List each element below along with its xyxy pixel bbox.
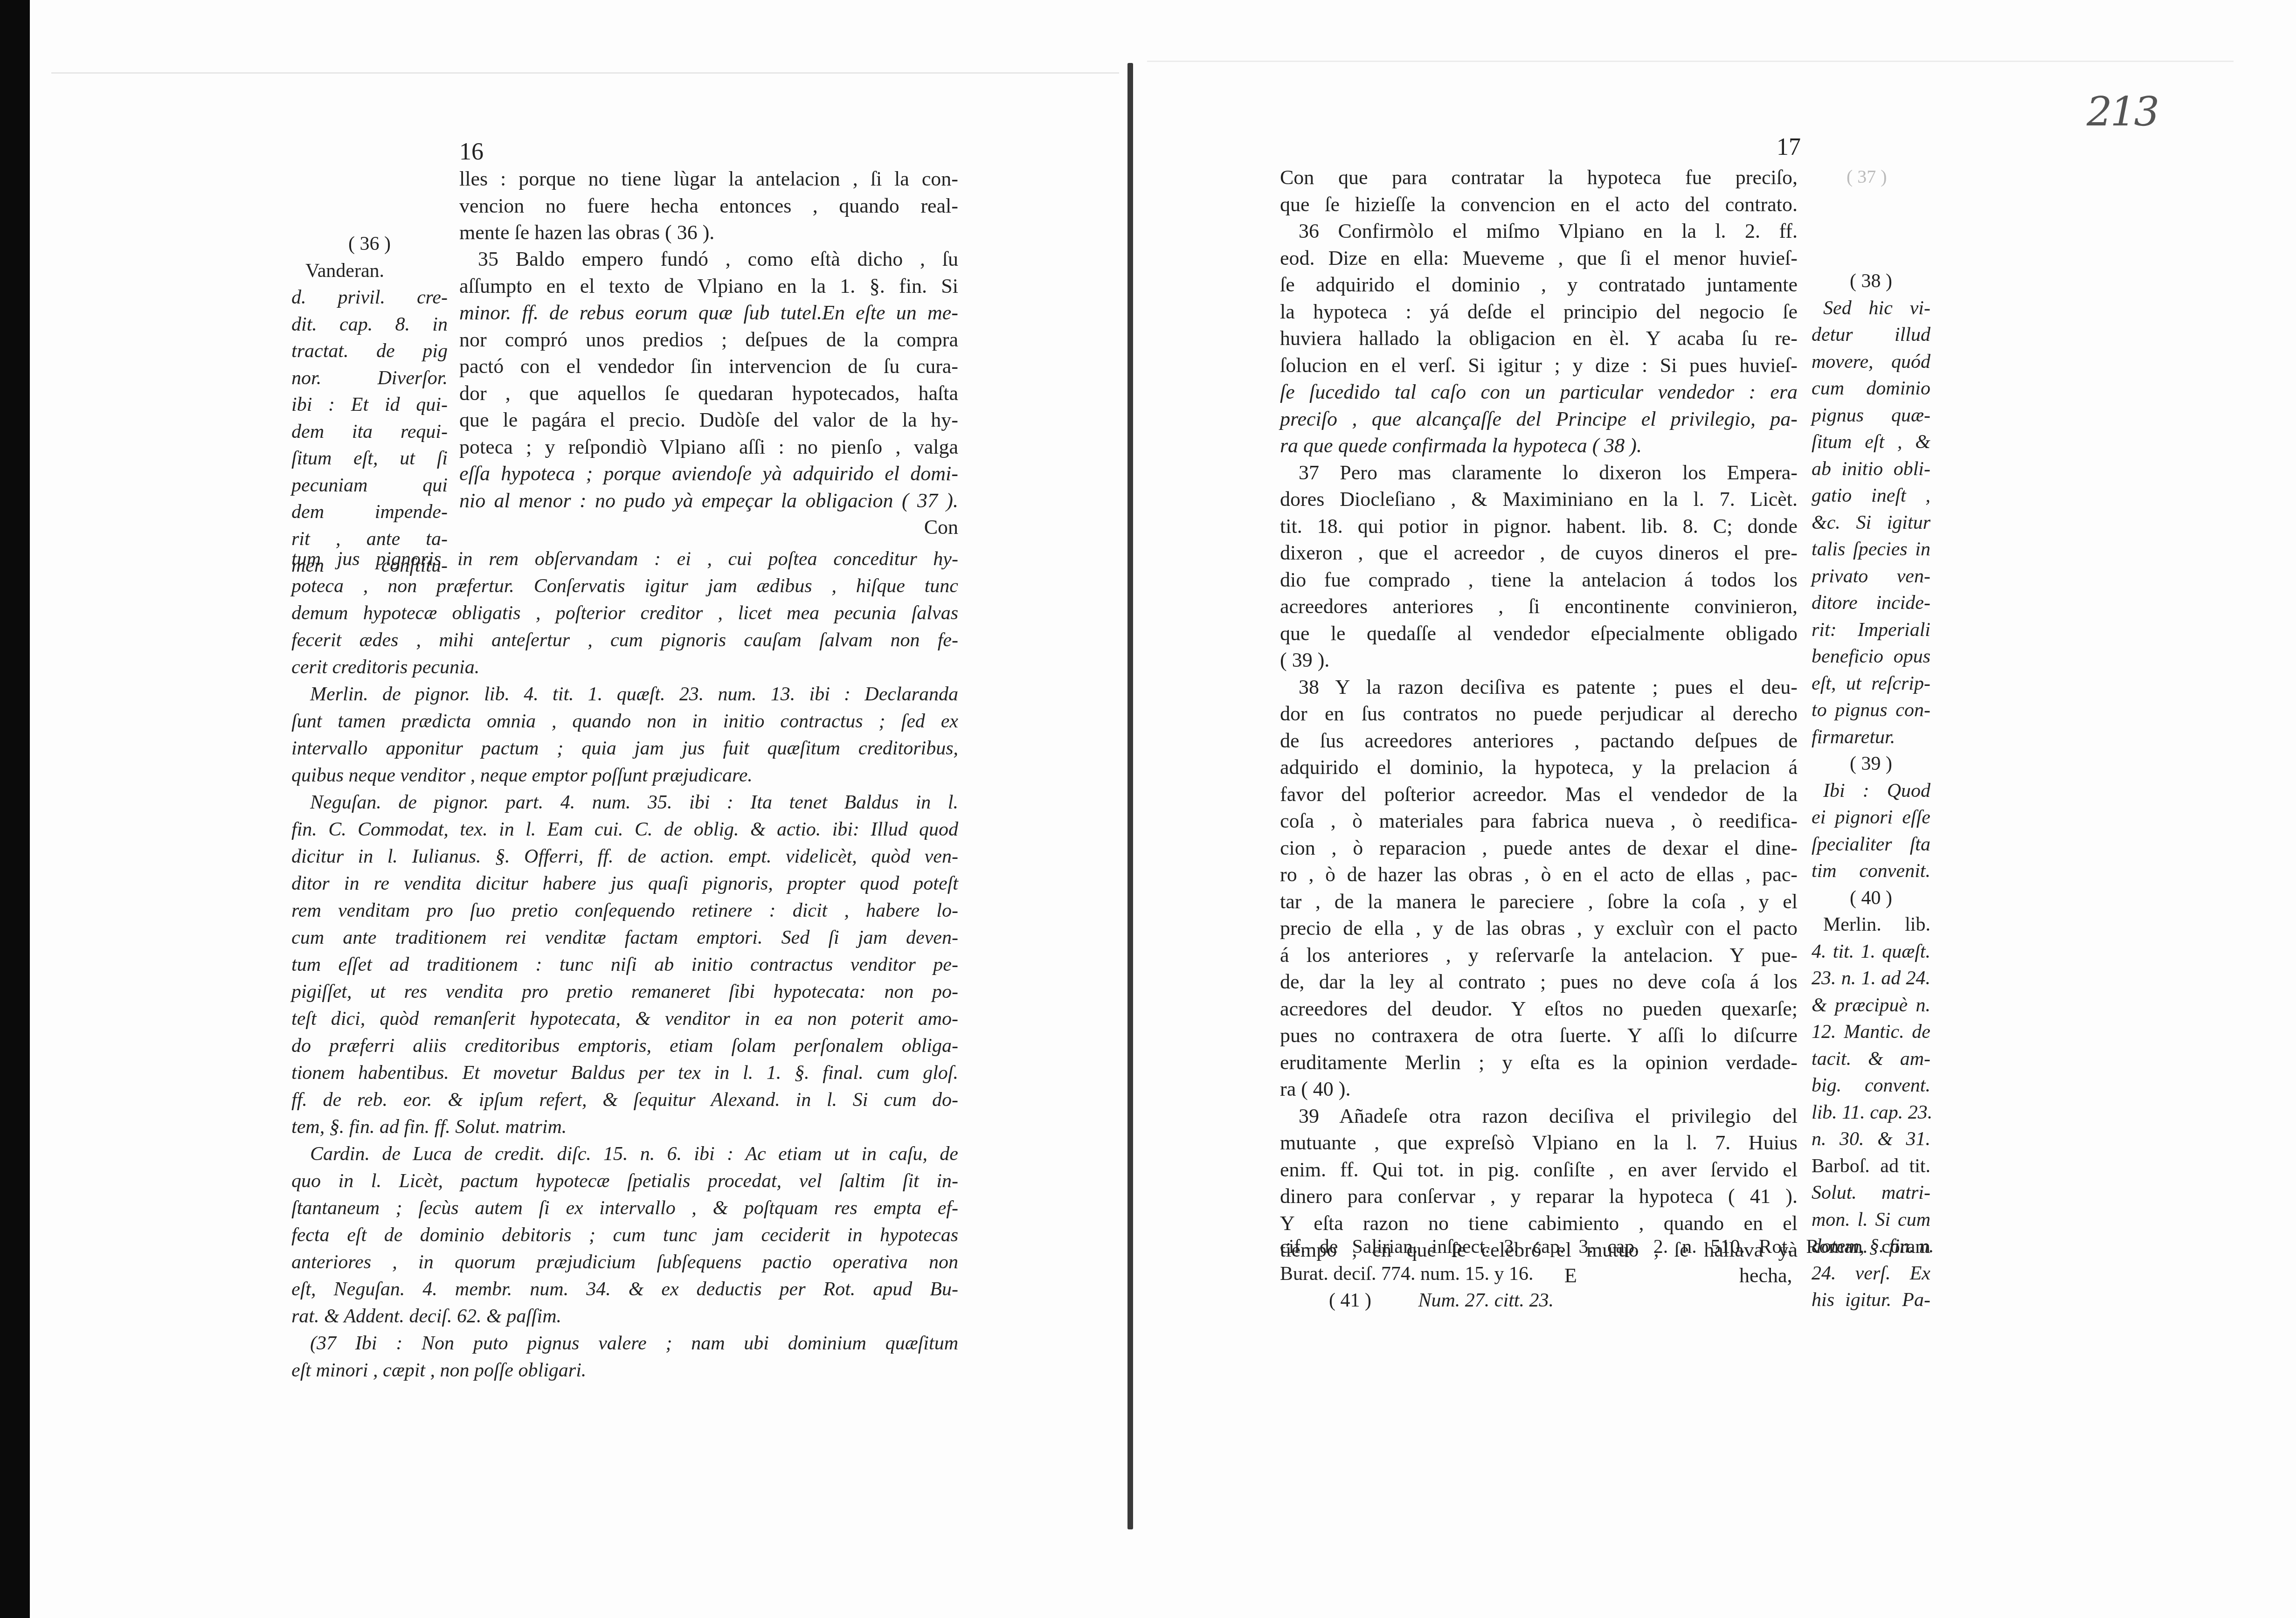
text-line: Y eſta razon no tiene cabimiento , quand… xyxy=(1280,1210,1798,1237)
footnote-line: quo in l. Licèt, pactum hypotecæ ſpetial… xyxy=(291,1168,958,1195)
text-line: enim. ff. Qui tot. in pig. conſiſte , en… xyxy=(1280,1156,1798,1183)
gutter-divider xyxy=(1127,63,1133,1529)
note-line: eſt, ut reſcrip- xyxy=(1812,671,1930,698)
note-line: Sed hic vi- xyxy=(1812,295,1930,322)
footnote-line: pigiſſet, ut res vendita pro pretio rema… xyxy=(291,978,958,1005)
footnote-line: tem, §. fin. ad fin. ff. Solut. matrim. xyxy=(291,1113,958,1141)
text-line: dor en ſus contratos no puede perjudicar… xyxy=(1280,700,1798,727)
text-line: tar , de la manera le pareciere , ſobre … xyxy=(1280,888,1798,915)
text-line: dixeron , que el acreedor , de cuyos din… xyxy=(1280,539,1798,567)
text-line: ſe adquirido el dominio , y contratado j… xyxy=(1280,271,1798,298)
text-line: dio fue comprado , tiene la antelacion á… xyxy=(1280,567,1798,594)
note-marker: ( 40 ) xyxy=(1812,885,1930,912)
text-line: 38 Y la razon deciſiva es patente ; pues… xyxy=(1280,674,1798,701)
footnote-line: (37 Ibi : Non puto pignus valere ; nam u… xyxy=(291,1330,958,1357)
note-line: gatio ineſt , xyxy=(1812,483,1930,510)
text-line: tit. 18. qui potior in pignor. habent. l… xyxy=(1280,513,1798,540)
note-line: ei pignori eſſe xyxy=(1812,804,1930,831)
note-line: ditore incide- xyxy=(1812,590,1930,617)
text-line: adquirido el dominio, la hypoteca, y la … xyxy=(1280,754,1798,781)
note-line: cum dominio xyxy=(1812,375,1930,402)
text-line: cion , ò reparacion , puede antes de dex… xyxy=(1280,835,1798,862)
text-line: pactó con el vendedor ſin intervencion d… xyxy=(459,353,958,380)
footnote-line: anteriores , in quorum præjudicium ſubſe… xyxy=(291,1249,958,1276)
page-number-left: 16 xyxy=(459,140,484,164)
note-line: ſitum eſt , & xyxy=(1812,429,1930,456)
footnote-line: Burat. deciſ. 774. num. 15. y 16. xyxy=(1280,1260,1930,1287)
text-line: vencion no fuere hecha entonces , quando… xyxy=(459,193,958,220)
left-main-text-top: lles : porque no tiene lùgar la antelaci… xyxy=(459,166,958,246)
note-line: Barboſ. ad tit. xyxy=(1812,1153,1930,1180)
right-main-text: Con que para contratar la hypoteca fue p… xyxy=(1280,164,1798,1264)
text-line: dinero para conſervar , y reparar la hyp… xyxy=(1280,1183,1798,1210)
footnote-line: eſt minori , cæpit , non poſſe obligari. xyxy=(291,1357,958,1384)
footnote-line: fecta eſt de dominio debitoris ; cum tun… xyxy=(291,1222,958,1249)
note-marker: ( 38 ) xyxy=(1812,268,1930,295)
page-number-right: 17 xyxy=(1777,135,1801,159)
footnote-line: do præferri aliis creditoribus emptoris,… xyxy=(291,1032,958,1059)
text-line: la hypoteca : yá deſde el principio del … xyxy=(1280,298,1798,325)
text-line: poteca ; y reſpondiò Vlpiano aſſi : no p… xyxy=(459,434,958,461)
footnote-line: ditor in re vendita dicitur habere jus q… xyxy=(291,870,958,897)
footnote-line: fin. C. Commodat, tex. in l. Eam cui. C.… xyxy=(291,816,958,843)
footnote-marker: ( 41 ) xyxy=(1329,1290,1371,1311)
text-line: huviera hallado la obligacion en èl. Y a… xyxy=(1280,325,1798,352)
text-line: minor. ff. de rebus eorum quæ ſub tutel.… xyxy=(459,299,958,326)
text-line: mutuante , que expreſsò Vlpiano en la l.… xyxy=(1280,1129,1798,1156)
note-line: 12. Mantic. de xyxy=(1812,1019,1930,1046)
note-line: tim convenit. xyxy=(1812,858,1930,885)
note-line: ibi : Et id qui- xyxy=(291,392,448,419)
note-line: nor. Diverſor. xyxy=(291,365,448,392)
note-line: tractat. de pig xyxy=(291,338,448,365)
note-line: d. privil. cre- xyxy=(291,284,448,311)
text-line: coſa , ò materiales para fabrica nueva ,… xyxy=(1280,808,1798,835)
footnote-line: demum hypotecæ obligatis , poſterior cre… xyxy=(291,600,958,627)
footnote-line: cum ante traditionem rei venditæ factam … xyxy=(291,924,958,951)
note-line: tacit. & am- xyxy=(1812,1046,1930,1073)
text-line: aſſumpto en el texto de Vlpiano en la 1.… xyxy=(459,273,958,300)
footnote-line: eſt, Neguſan. 4. membr. num. 34. & ex de… xyxy=(291,1276,958,1303)
footnote-line: Merlin. de pignor. lib. 4. tit. 1. quæſt… xyxy=(291,681,958,708)
handwritten-folio-number: 213 xyxy=(2087,89,2158,135)
note-line: ſpecialiter ſta xyxy=(1812,831,1930,858)
text-line: ( 39 ). xyxy=(1280,647,1798,674)
text-line: que le pagára el precio. Dudòſe del valo… xyxy=(459,407,958,434)
note-line: rit: Imperiali xyxy=(1812,617,1930,644)
note-line: talis ſpecies in xyxy=(1812,536,1930,563)
note-line: movere, quód xyxy=(1812,349,1930,376)
footnote-line: cif. de Salirian. inſpect. 3. cap. 3. ca… xyxy=(1280,1233,1930,1260)
footnote-text: Num. 27. citt. 23. xyxy=(1418,1290,1554,1311)
text-line: Con que para contratar la hypoteca fue p… xyxy=(1280,164,1798,191)
text-line: 39 Añadeſe otra razon deciſiva el privil… xyxy=(1280,1103,1798,1130)
footnote-line: quibus neque venditor , neque emptor poſ… xyxy=(291,762,958,789)
note-line: privato ven- xyxy=(1812,563,1930,590)
note-line: & præcipuè n. xyxy=(1812,992,1930,1019)
note-line: 23. n. 1. ad 24. xyxy=(1812,965,1930,992)
text-line: 36 Confirmòlo el miſmo Vlpiano en la l. … xyxy=(1280,218,1798,245)
note-line: his igitur. Pa- xyxy=(1812,1287,1930,1314)
footnote-line: dicitur in l. Iulianus. §. Offerri, ff. … xyxy=(291,843,958,870)
text-line: dor , que aquellos ſe quedaran hypotecad… xyxy=(459,380,958,407)
footnote-line: tionem habentibus. Et movetur Baldus per… xyxy=(291,1059,958,1086)
left-paragraph-35: 35 Baldo empero fundó , como eſtà dicho … xyxy=(459,246,958,541)
note-marker: ( 36 ) xyxy=(291,231,448,258)
text-line: ſolucion en el verſ. Si igitur ; y dize … xyxy=(1280,352,1798,379)
note-line: mon. l. Si cum xyxy=(1812,1207,1930,1234)
note-line: n. 30. & 31. xyxy=(1812,1126,1930,1153)
note-line: dit. cap. 8. in xyxy=(291,311,448,339)
note-line: big. convent. xyxy=(1812,1072,1930,1099)
note-line: ſitum eſt, ut ſi xyxy=(291,445,448,472)
text-line: mente ſe hazen las obras ( 36 ). xyxy=(459,219,958,246)
note-line: beneficio opus xyxy=(1812,643,1930,671)
footnote-line: Neguſan. de pignor. part. 4. num. 35. ib… xyxy=(291,789,958,816)
text-line: 37 Pero mas claramente lo dixeron los Em… xyxy=(1280,459,1798,486)
text-line: pues no contraxera de otra ſuerte. Y aſſ… xyxy=(1280,1022,1798,1049)
text-line: ſe ſucedido tal caſo con un particular v… xyxy=(1280,379,1798,406)
text-line: á los anteriores , y reſervarſe la antel… xyxy=(1280,942,1798,969)
note-line: Solut. matri- xyxy=(1812,1180,1930,1207)
text-line: de, dar la ley al contrato ; pues no dev… xyxy=(1280,968,1798,996)
text-line: 35 Baldo empero fundó , como eſtà dicho … xyxy=(459,246,958,273)
note-line: pignus quæ- xyxy=(1812,402,1930,429)
note-line: dem ita requi- xyxy=(291,419,448,446)
note-line: to pignus con- xyxy=(1812,697,1930,724)
note-line: pecuniam qui xyxy=(291,472,448,499)
footnote-line: rem venditam pro ſuo pretio conſequendo … xyxy=(291,897,958,924)
text-line: nor compró unos predios ; deſpues de la … xyxy=(459,326,958,353)
text-line: nio al menor : no pudo yà empeçar la obl… xyxy=(459,487,958,514)
footnote-line: Cardin. de Luca de credit. diſc. 15. n. … xyxy=(291,1141,958,1168)
note-line: ab initio obli- xyxy=(1812,456,1930,483)
footnote-line: tum jus pignoris in rem obſervandam : ei… xyxy=(291,546,958,573)
right-page-top-edge xyxy=(1147,61,2234,62)
bleed-through-marker: ( 37 ) xyxy=(1846,166,1887,187)
text-line: que le quedaſſe al vendedor eſpecialment… xyxy=(1280,620,1798,647)
right-footnotes: cif. de Salirian. inſpect. 3. cap. 3. ca… xyxy=(1280,1233,1930,1287)
left-footnotes: tum jus pignoris in rem obſervandam : ei… xyxy=(291,546,958,1384)
note-marker: ( 39 ) xyxy=(1812,751,1930,778)
text-line: eod. Dize en ella: Mueveme , que ſi el m… xyxy=(1280,245,1798,272)
text-line: precio de ella , y de las obras , y excl… xyxy=(1280,915,1798,942)
text-line: preciſo , que alcançaſſe del Principe el… xyxy=(1280,406,1798,433)
text-line: lles : porque no tiene lùgar la antelaci… xyxy=(459,166,958,193)
text-line: acreedores anteriores , ſi encontinente … xyxy=(1280,593,1798,620)
left-page-top-edge xyxy=(51,72,1119,74)
footnote-41: ( 41 ) Num. 27. citt. 23. xyxy=(1329,1289,1554,1312)
text-line: ro , ò de hazer las obras , ò en el acto… xyxy=(1280,861,1798,888)
text-line: eruditamente Merlin ; y eſta es la opini… xyxy=(1280,1049,1798,1076)
text-line: favor del poſterior acreedor. Mas el ven… xyxy=(1280,781,1798,808)
footnote-line: cerit creditoris pecunia. xyxy=(291,654,958,681)
text-line: que ſe hizieſſe la convencion en el acto… xyxy=(1280,191,1798,218)
text-line: dores Diocleſiano , & Maximiniano en la … xyxy=(1280,486,1798,513)
note-line: detur illud xyxy=(1812,322,1930,349)
footnote-line: ſunt tamen prædicta omnia , quando non i… xyxy=(291,708,958,735)
footnote-line: ff. de reb. eor. & ipſum refert, & ſequi… xyxy=(291,1086,958,1113)
margin-note-36: ( 36 ) Vanderan. d. privil. cre- dit. ca… xyxy=(291,231,448,580)
footnote-line: fecerit ædes , mihi anteſertur , cum pig… xyxy=(291,627,958,654)
catchword: Con xyxy=(459,514,958,541)
margin-note-38: ( 38 ) Sed hic vi- detur illud movere, q… xyxy=(1812,268,1930,1314)
footnote-line: poteca , non præfertur. Conſervatis igit… xyxy=(291,573,958,600)
footnote-line: ſtantaneum ; ſecùs autem ſi ex intervall… xyxy=(291,1195,958,1222)
note-line: lib. 11. cap. 23. xyxy=(1812,1099,1930,1127)
text-line: de ſus acreedores anteriores , pactando … xyxy=(1280,727,1798,754)
note-line: dem impende- xyxy=(291,499,448,526)
note-line: Vanderan. xyxy=(291,258,448,285)
note-line: firmaretur. xyxy=(1812,724,1930,751)
footnote-line: teſt dici, quòd remanſerit hypotecata, &… xyxy=(291,1005,958,1032)
text-line: acreedores del deudor. Y eſtos no pueden… xyxy=(1280,996,1798,1023)
text-line: ra que quede confirmada la hypoteca ( 38… xyxy=(1280,432,1798,459)
note-line: &c. Si igitur xyxy=(1812,510,1930,537)
footnote-line: rat. & Addent. deciſ. 62. & paſſim. xyxy=(291,1303,958,1330)
text-line: ra ( 40 ). xyxy=(1280,1076,1798,1103)
note-line: Ibi : Quod xyxy=(1812,778,1930,805)
footnote-line: tum eſſet ad traditionem : tunc niſi ab … xyxy=(291,951,958,978)
text-line: eſſa hypoteca ; porque aviendoſe yà adqu… xyxy=(459,460,958,487)
scan-edge-black-strip xyxy=(0,0,30,1618)
note-line: Merlin. lib. xyxy=(1812,912,1930,939)
note-line: 4. tit. 1. quæſt. xyxy=(1812,939,1930,966)
footnote-line: intervallo apponitur pactum ; quia jam j… xyxy=(291,735,958,762)
